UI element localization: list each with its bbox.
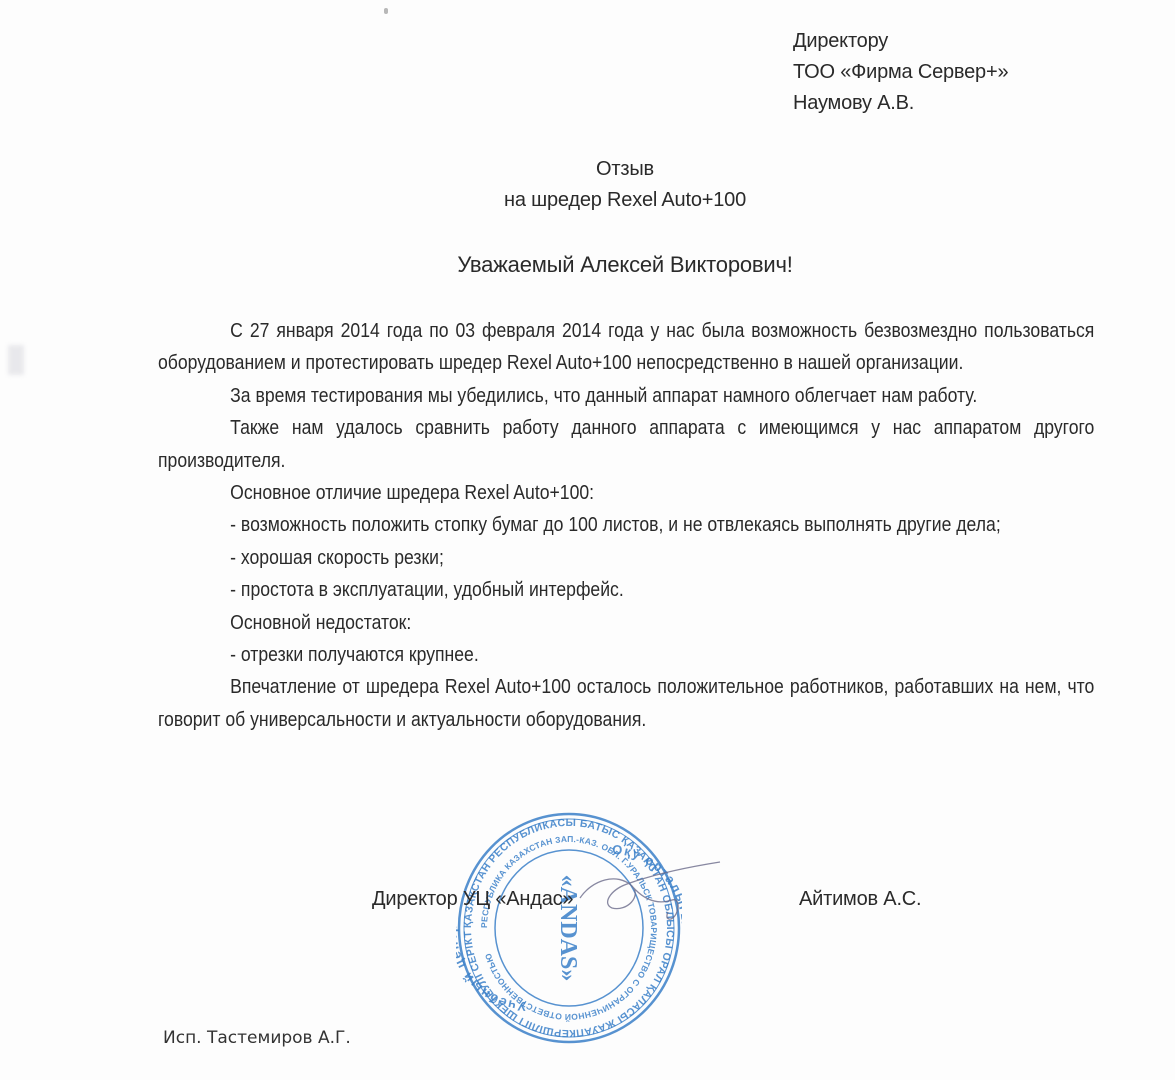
signatory-name: Айтимов А.С. [799,888,921,911]
advantage-item: - хорошая скорость резки; [158,542,1094,574]
addressee-name: Наумову А.В. [793,88,1008,119]
signature-scribble-icon [572,850,732,930]
paragraph-intro: С 27 января 2014 года по 03 февраля 2014… [158,315,1094,380]
advantage-item: - возможность положить стопку бумаг до 1… [158,509,1094,541]
disadvantage-item: - отрезки получаются крупнее. [158,639,1094,671]
title-line-1: Отзыв [0,154,1175,185]
scan-speck [384,8,388,14]
addressee-position: Директору [793,26,1008,57]
disadvantages-heading: Основной недостаток: [158,607,1094,639]
advantage-item: - простота в эксплуатации, удобный интер… [158,574,1094,606]
letter-body: С 27 января 2014 года по 03 февраля 2014… [158,315,982,736]
document-title: Отзыв на шредер Rexel Auto+100 [0,154,1175,216]
title-line-2: на шредер Rexel Auto+100 [0,185,1175,216]
letter-page: Директору ТОО «Фирма Сервер+» Наумову А.… [0,0,1175,1080]
addressee-block: Директору ТОО «Фирма Сервер+» Наумову А.… [793,26,1008,119]
advantages-heading: Основное отличие шредера Rexel Auto+100: [158,477,1094,509]
paragraph-final: Впечатление от шредера Rexel Auto+100 ос… [158,671,1094,736]
handwritten-signature [572,850,732,930]
scan-smudge [8,345,24,375]
signatory-title: Директор УЦ «Андас» [372,888,573,911]
salutation: Уважаемый Алексей Викторович! [0,252,1175,278]
paragraph-comparison: Также нам удалось сравнить работу данног… [158,412,1094,477]
addressee-company: ТОО «Фирма Сервер+» [793,57,1008,88]
executor-note: Исп. Тастемиров А.Г. [163,1028,351,1048]
paragraph-conclusion-testing: За время тестирования мы убедились, что … [158,380,1094,412]
